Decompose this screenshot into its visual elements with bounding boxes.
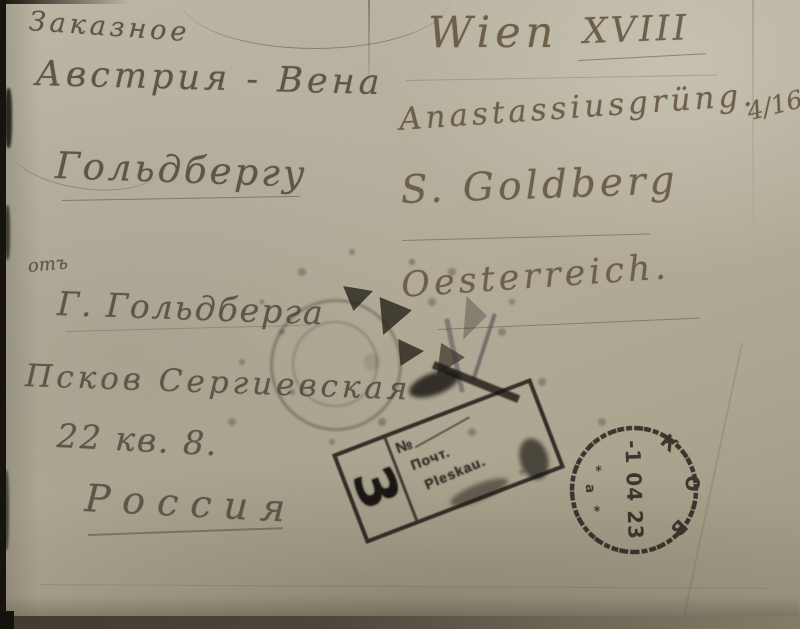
underline xyxy=(62,196,300,201)
ruled-line xyxy=(406,75,718,81)
postmark-arc-letters: К О В xyxy=(655,429,705,548)
faint-postmark-inner-circle xyxy=(292,321,378,407)
handwriting-registered: Заказное xyxy=(28,6,192,48)
pskov-date-stamp: К О В * а * -1 04 23 xyxy=(552,408,716,572)
postmark-bottom-marks: * а * xyxy=(581,460,606,522)
handwriting-sender-country: Россия xyxy=(84,476,299,531)
registration-box-text: № Почт. Pleskau. xyxy=(393,391,544,495)
envelope-bottom-shadow xyxy=(0,596,800,618)
underline xyxy=(578,53,706,61)
photo-edge-blob xyxy=(5,205,10,260)
ink-blob xyxy=(406,365,462,403)
ink-triangle xyxy=(398,336,424,366)
handwriting-from-label: отъ xyxy=(27,253,69,277)
handwriting-destination: Австрия - Вена xyxy=(35,54,384,103)
photo-edge-blob xyxy=(5,88,12,148)
crease-line xyxy=(752,0,754,255)
photo-corner xyxy=(0,611,14,629)
handwriting-addressee-name: S. Goldberg xyxy=(400,158,679,213)
handwriting-city: Wien xyxy=(428,8,558,58)
registration-letter: З xyxy=(340,456,411,520)
crease-line xyxy=(40,584,770,589)
handwriting-country: Oesterreich. xyxy=(400,247,671,306)
underline xyxy=(88,527,283,536)
envelope-bottom-edge xyxy=(0,616,800,629)
handwriting-street: Anastassiusgrüng. xyxy=(398,77,757,138)
postmark-date: -1 04 23 xyxy=(620,440,647,541)
svg-text:К О В: К О В xyxy=(655,429,705,548)
envelope-photo: Заказное Австрия - Вена Гольдбергу отъ Г… xyxy=(0,0,800,629)
handwriting-sender-house: 22 кв. 8. xyxy=(56,416,220,463)
handwriting-district: XVIII xyxy=(582,8,690,52)
ink-speckles xyxy=(260,300,264,304)
crease-line xyxy=(180,0,450,49)
handwriting-addressee: Гольдбергу xyxy=(54,144,308,196)
svg-text:* а *: * а * xyxy=(581,460,606,522)
ink-triangle xyxy=(463,296,487,340)
underline xyxy=(402,234,650,241)
photo-edge-blob xyxy=(4,470,9,550)
photo-top-edge xyxy=(0,0,130,4)
